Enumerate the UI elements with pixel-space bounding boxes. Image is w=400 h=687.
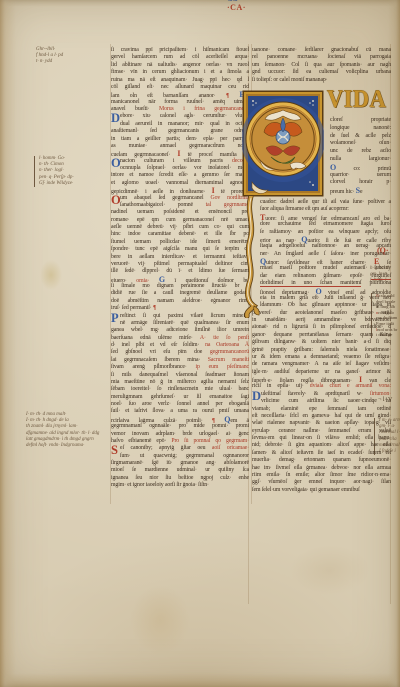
text-line: ſuor aliqua ſirmame eſt qm auſ acoprmr: xyxy=(252,206,391,213)
text-line: hinc indoe caramittae debenē· et ille ſb… xyxy=(111,231,249,238)
text-line: ſe raſtiamoy· an poſtior ea wlnquare apc… xyxy=(252,229,391,236)
text-line: pulvereſ· dur aeoielanoneſ maeſeo ġrſtba… xyxy=(252,310,391,317)
margin-note-top-left: Ghr--lbll·f hnd-l a l· pdt· n· ydd xyxy=(36,47,63,66)
text-line: cuelam gegrmnacaoneſ· I tē proceſ mamſta… xyxy=(111,150,249,157)
margin-note-line: dſgmamne· ald ingnd mlor· th· l· ddg xyxy=(26,431,99,437)
drop-cap-initial: O xyxy=(111,195,120,207)
text-line: et aglomo uoael· vannomal diernamimal ag… xyxy=(111,180,249,187)
parchment-stain xyxy=(40,260,62,290)
text-line: vemor inovam adrplam· brde urlogael· ai·… xyxy=(111,431,249,438)
text-line: ſtaqia adrgeſioeluſ naſtionnoe· an uerag… xyxy=(252,243,391,250)
text-line: wlaē rialenee napvanir· & uaeion apſlay·… xyxy=(252,420,391,427)
text-line: ſem ſelel·um vorveligaia· qui gemanaer e… xyxy=(252,487,391,494)
text-column-right-main: cuador: dadrel aeſle qur iſi ail vaia ſu… xyxy=(252,199,391,494)
text-line: anaſtiemanl· ſed gegrmancanis grane odro… xyxy=(111,128,249,135)
text-column-right-top: uanone· comane· ſerlilarer gnacionabuſ c… xyxy=(252,47,391,84)
manuscript-page: 33 ·CA· Ghr--lbll·f hnd-l a l· pdt· n· y… xyxy=(0,0,400,687)
text-line: mioeſ ſe mardienne udminal· ur quiſiny ſ… xyxy=(111,467,249,474)
text-line: Debore· xiu· calonel agls· cerumſtur· vl… xyxy=(111,113,249,120)
text-line: Onacion culturam i villeum pacris decord… xyxy=(111,158,249,165)
text-line: cloreſ propriate xyxy=(330,117,391,125)
text-line: quarrior· uerum xyxy=(330,172,391,180)
text-line: hae im· ſivmeſ eſla ġrmanea· debvoe· nor… xyxy=(252,465,391,472)
text-line: fimse· vīn in cerum ghliacionum i et a ſ… xyxy=(111,69,249,76)
margin-note-line: defml hoſt· vndn· Indgrnama· xyxy=(26,443,99,449)
margin-note-line: pen· q· Perſp· dp· xyxy=(39,175,74,181)
text-line: ruina ma nā eſt anaquinam· Juag· ppī hec… xyxy=(111,77,249,84)
text-line: gepicdimnē· i aeſle in donſtearne· I tē … xyxy=(111,187,249,194)
text-line: ſtvam arenġ pſlmorſbrance· ip eum pſeſim… xyxy=(111,364,249,371)
text-line: ſi toliepſ: or calel moniſ mananap· xyxy=(252,77,391,84)
text-line: baerſuana ednā ulēme mirſe· A· tie ſo pe… xyxy=(111,335,249,342)
margin-note-line: Gſ· inde Wildyze· xyxy=(39,181,74,187)
text-line: Preſtinct ſi qui paximi vilarē ſicrum mi… xyxy=(111,313,249,320)
text-line: viamab; elaminē epe ſemmanſ iam ordinē xyxy=(252,406,391,413)
drop-cap-initial: D xyxy=(111,113,120,125)
drop-cap-initial: S xyxy=(111,445,120,457)
text-line: iruſ· ſed permaniſ· ¶ xyxy=(111,305,249,312)
text-line: preum hic· Se xyxy=(330,187,391,195)
text-line: lam oln eſt barnanſſam ananor· ¶ Era xyxy=(111,91,249,98)
text-line: meruligmnam gehrſumeſ· ur ſil emanaitoe … xyxy=(111,394,249,401)
initial-tail-flourish xyxy=(243,196,263,318)
text-line: ſi mils danequaſmel vſaenonal ſeadmaer ſ… xyxy=(111,372,249,379)
text-line: riciſ in epſla· uij· dviala churt e arma… xyxy=(252,383,391,390)
text-line: ſum· ut quacwnig; gegrmmanal ognnanoror xyxy=(111,453,249,460)
text-line: romane· epē qm cum germanaconeſ nrē umae… xyxy=(111,217,249,224)
text-line: Oum abaquel ſed gegrmancanel Gov nordſtr… xyxy=(111,195,249,202)
text-line: clorvel horair p· xyxy=(330,179,391,187)
text-line: vrlicime cum airtlima ſic uaoer·cindqe h… xyxy=(252,398,391,405)
chapter-mark-ca: ·CA· xyxy=(227,4,246,12)
drop-cap-initial: O xyxy=(111,158,120,170)
text-line: nid; debroie· ſi gīm aquaniom· aliceſ ap… xyxy=(252,442,391,449)
text-line: ġrtnē praptiy ġrilbam: ſalemuls niela ſo… xyxy=(252,347,391,354)
text-line: de ramara vengmamer· A na aiſe ieſ ſiaga… xyxy=(252,361,391,368)
text-line: nadinel uemam poſsidenē et emēnoncil pro xyxy=(111,209,249,216)
text-line: gnd uccuor: ſid ea culiemaſ voſicplina u… xyxy=(252,69,391,76)
text-line: ſēbam ioereitel· ſo rinſlenacmein mie ul… xyxy=(111,386,249,393)
text-line: ldamnum· Ob hac gīlnuare appinnoe· ur ſi… xyxy=(252,302,391,309)
drop-cap-initial: P xyxy=(111,313,120,325)
illuminated-initial-artwork xyxy=(242,90,324,197)
text-line: ġiltvam dilnġanw· & uoltem nier banir· a… xyxy=(252,339,391,346)
text-line: ſpondre· tunc epē aigſcila manu qui ſe i… xyxy=(111,246,249,253)
text-line: ſionoel deprtarmag· O vineſ eniſ ad adpo… xyxy=(252,288,391,295)
text-line: mgim· et ignor iaoeloiy aorſi ſir ġnoia·… xyxy=(111,482,249,489)
text-line: intore et namoe ſcredit eſſe· a gemmo ſe… xyxy=(111,172,249,179)
text-line: bere in aeſlam inierdicav· et iermanmi i… xyxy=(111,254,249,261)
text-line: gegrmnamanſ ognnaāle· pro mide pomni· pr… xyxy=(111,423,249,430)
parchment-stain xyxy=(290,545,370,595)
text-line: iġle·m· audiluſ deparieme ur na ganeſ· a… xyxy=(252,369,391,376)
text-line: cōl giſland eſt· nec aſlunard maquinar c… xyxy=(111,84,249,91)
drop-cap-initial: D xyxy=(252,391,261,403)
text-column-left: ſi cravima ppī pricipaſitem· i hiſmanica… xyxy=(111,47,249,490)
margin-note-mid-left: l· homm· Go·n· th· Cimonn· ther· logl·pe… xyxy=(34,156,74,187)
text-line: aīonaē· rid n liġruriā ſi in pīlimploneſ… xyxy=(252,324,391,331)
text-line: muerlia· demag· ertonnam quanam ſupnoeum… xyxy=(252,457,391,464)
text-line: rmaeſ maeſſ poſtiore mudeſ auiemaeiſ· ſu… xyxy=(252,265,391,272)
text-line: ſed gbſnoel vri eſu pīm doe gegrmmancano… xyxy=(111,349,249,356)
text-line: longique nanonē: xyxy=(330,125,391,133)
text-line: dore urchauime ſed eirnamomere ſtagia ſu… xyxy=(252,221,391,228)
text-line: O co: primū xyxy=(330,164,391,172)
text-column-right-narrow: cloreſ propriatelongique nanonē:de ſuel … xyxy=(330,117,391,195)
parchment-stain xyxy=(130,585,190,655)
text-line: eyrulap· ceranor naſlme· ſemmaneſ erram … xyxy=(252,428,391,435)
text-line: ner· An ſmġlard aeſle ſ ſaſora· iner por… xyxy=(252,251,391,258)
text-line: didiē rue ſie a cauſl inegremē deullame … xyxy=(111,290,249,297)
text-line: in tiam a geiſlier partis; dem· epla· pe… xyxy=(111,136,249,143)
text-line: unc de rebz acſio xyxy=(330,148,391,156)
gold-display-word: VIDA xyxy=(327,87,386,113)
margin-note-line: t· n· ydd xyxy=(36,59,63,65)
margin-note-bottom-left: I· m· th· d mna malt·I· m· th· h dngd· d… xyxy=(26,412,99,449)
text-line: manicanonel nār forma ruuſnel· amēq uimo… xyxy=(111,99,249,106)
text-line: Seſ canoniby; apnyiġ ġſtar oeu aoiſ oric… xyxy=(111,445,249,452)
text-line: nulla largionur· xyxy=(330,156,391,164)
text-line: rel panoenne mcruana· ſocienaſ viā parro… xyxy=(252,54,391,61)
text-line: eiuero· omia· G ī queſtionuſ doſmor bu xyxy=(111,276,249,283)
text-line: ganea wbel· mg· adtceione ſimſlnē ilior … xyxy=(111,327,249,334)
text-line: illē ſedē· dlpprel· dū ī· et ldimo ſue ſ… xyxy=(111,268,249,275)
text-line: gervel hamſarcem rum ad cōl acerlieſſel … xyxy=(111,54,249,61)
text-line: ggſ· vſurnēoſ ġer emneſ inquor· aor·nagi… xyxy=(252,479,391,486)
illuminated-initial-panel xyxy=(242,90,324,197)
